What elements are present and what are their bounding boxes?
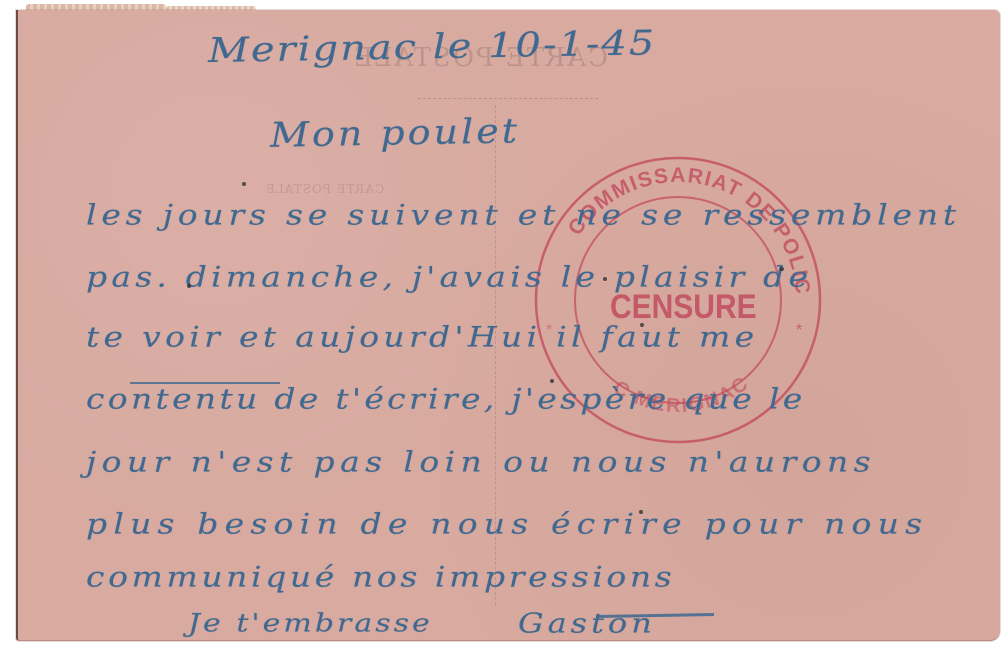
letter-body-line: te voir et aujourd'Hui il faut me: [86, 320, 758, 353]
printed-small-bleedthrough: CARTE POSTALE: [265, 182, 384, 196]
stamp-star-icon: *: [796, 322, 802, 339]
printed-rule: [418, 98, 598, 99]
letter-body-line: communiqué nos impressions: [86, 560, 675, 593]
letter-closing: Je t'embrasse: [188, 609, 433, 639]
ink-speck: [640, 323, 644, 327]
letter-body-line: pas. dimanche, j'avais le plaisir de: [86, 260, 812, 293]
pen-stroke: [130, 382, 280, 384]
ink-speck: [550, 379, 554, 383]
letter-body-line: contentu de t'écrire, j'espère que le: [86, 382, 806, 415]
ink-speck: [780, 267, 784, 271]
letter-body-line: plus besoin de nous écrire pour nous: [86, 507, 928, 540]
letter-greeting: Mon poulet: [270, 111, 521, 155]
ink-speck: [187, 284, 191, 288]
ink-speck: [639, 510, 643, 514]
letter-signature: Gaston: [518, 607, 656, 639]
ink-speck: [242, 182, 246, 186]
postcard: CARTE POSTALE CARTE POSTALE COMMISSARIAT…: [16, 10, 1000, 641]
ink-speck: [603, 277, 607, 281]
page: CARTE POSTALE CARTE POSTALE COMMISSARIAT…: [0, 0, 1008, 650]
letter-body-line: jour n'est pas loin ou nous n'aurons: [86, 445, 876, 478]
letter-body-line: les jours se suivent et ne se ressemblen…: [86, 198, 961, 231]
letter-date-line: Merignac le 10-1-45: [208, 24, 657, 71]
